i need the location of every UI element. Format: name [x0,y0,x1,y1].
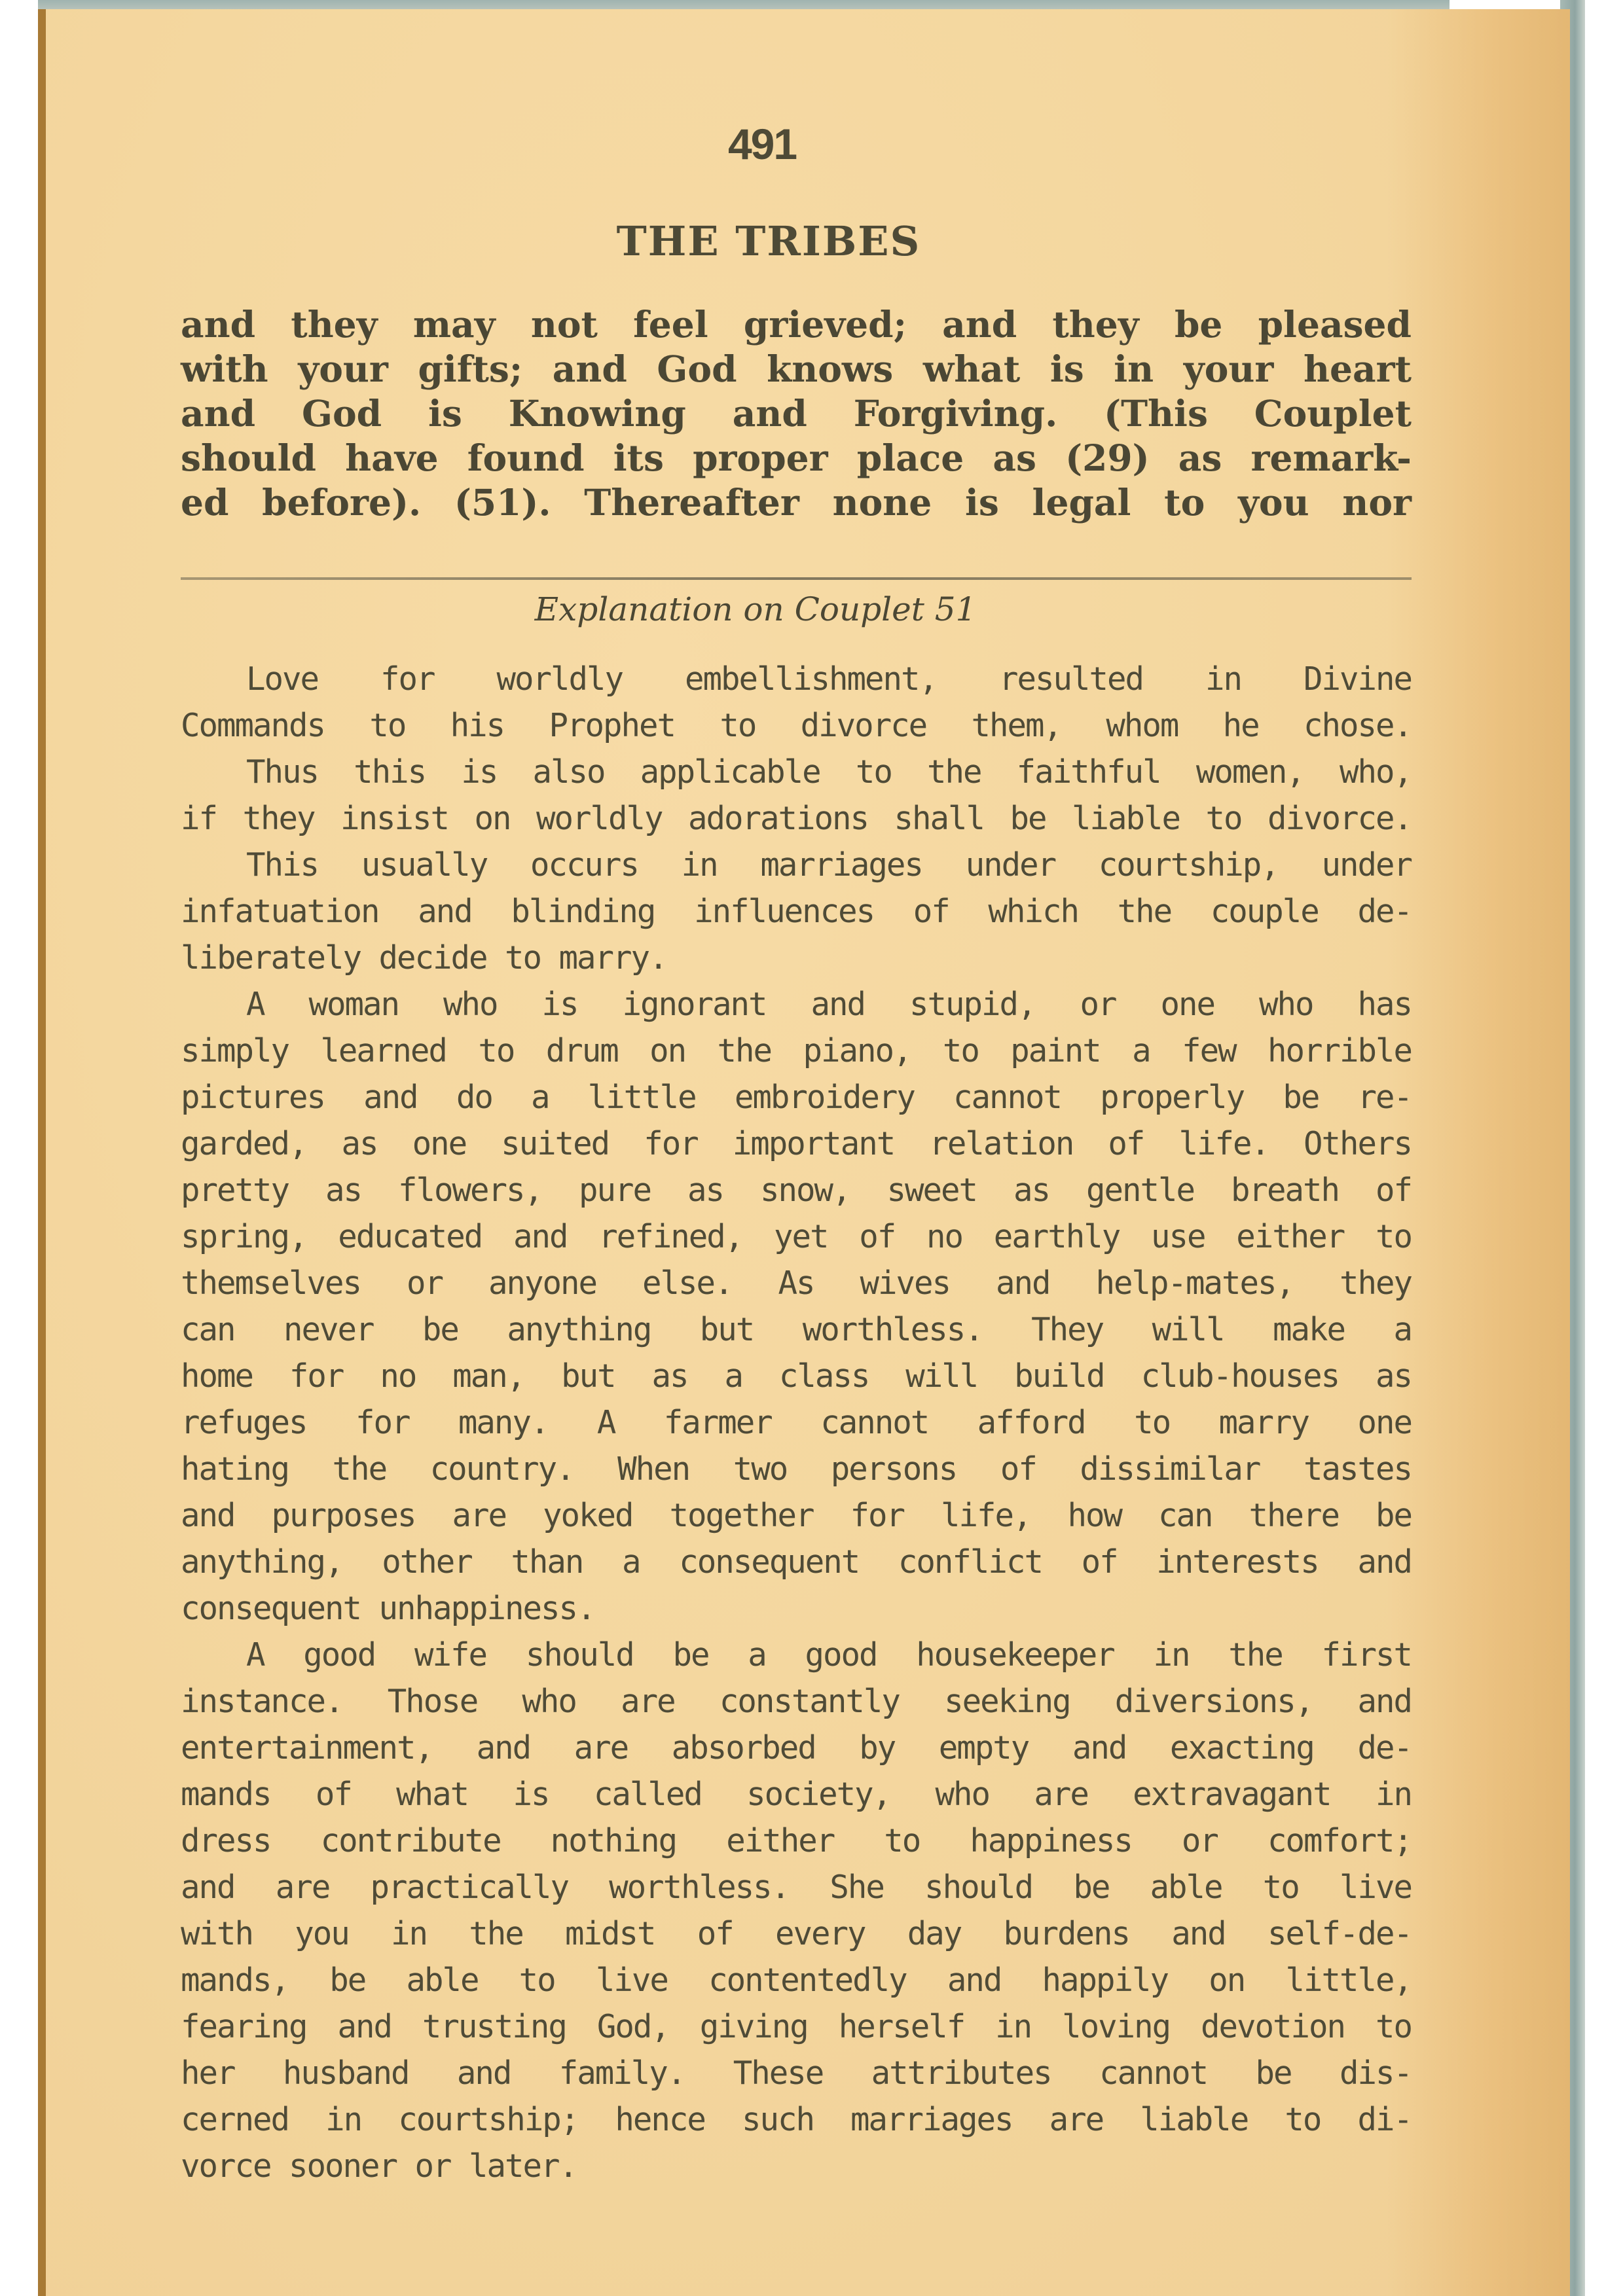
paragraph-line: mands of what is called society, who are… [181,1771,1412,1818]
verse-line: with your gifts; and God knows what is i… [181,347,1412,391]
paragraph-line: anything, other than a consequent confli… [181,1539,1412,1585]
paragraph-line: fearing and trusting God, giving herself… [181,2003,1412,2050]
paragraph-line: refuges for many. A farmer cannot afford… [181,1399,1412,1446]
paragraph-line: consequent unhappiness. [181,1585,1412,1632]
verse-line: and God is Knowing and Forgiving. (This … [181,391,1412,436]
paragraph-line: garded, as one suited for important rela… [181,1121,1412,1167]
paragraph-line: mands, be able to live contentedly and h… [181,1957,1412,2003]
paragraph-line: Commands to his Prophet to divorce them,… [181,702,1412,749]
paragraph-line: hating the country. When two persons of … [181,1446,1412,1492]
paragraph-line: entertainment, and are absorbed by empty… [181,1725,1412,1771]
paragraph-line: dress contribute nothing either to happi… [181,1818,1412,1864]
section-divider [181,577,1412,580]
paragraph-line: A woman who is ignorant and stupid, or o… [181,981,1412,1028]
page-number: 491 [46,119,1570,169]
verse-line: ed before). (51). Thereafter none is leg… [181,480,1412,525]
paragraph-line: liberately decide to marry. [181,935,1412,981]
verse-text: and they may not feel grieved; and they … [181,302,1412,525]
paragraph-line: infatuation and blinding influences of w… [181,888,1412,935]
paragraph-line: simply learned to drum on the piano, to … [181,1028,1412,1074]
paragraph-line: with you in the midst of every day burde… [181,1910,1412,1957]
paragraph-line: home for no man, but as a class will bui… [181,1353,1412,1399]
paragraph-line: A good wife should be a good housekeeper… [181,1632,1412,1678]
paragraph-line: and purposes are yoked together for life… [181,1492,1412,1539]
book-page: 491 THE TRIBES and they may not feel gri… [38,9,1570,2296]
chapter-title: THE TRIBES [46,217,1570,265]
paragraph-line: cerned in courtship; hence such marriage… [181,2096,1412,2143]
paragraph-line: her husband and family. These attributes… [181,2050,1412,2096]
paragraph-line: instance. Those who are constantly seeki… [181,1678,1412,1725]
paragraph-line: if they insist on worldly adorations sha… [181,795,1412,842]
paragraph-line: and are practically worthless. She shoul… [181,1864,1412,1910]
paragraph-line: pretty as flowers, pure as snow, sweet a… [181,1167,1412,1213]
verse-line: and they may not feel grieved; and they … [181,302,1412,347]
paragraph-line: This usually occurs in marriages under c… [181,842,1412,888]
explanation-heading: Explanation on Couplet 51 [46,590,1570,628]
paragraph-line: pictures and do a little embroidery cann… [181,1074,1412,1121]
explanation-body: Love for worldly embellishment, resulted… [181,656,1412,2189]
verse-line: should have found its proper place as (2… [181,436,1412,480]
paragraph-line: Love for worldly embellishment, resulted… [181,656,1412,702]
paragraph-line: spring, educated and refined, yet of no … [181,1213,1412,1260]
paragraph-line: Thus this is also applicable to the fait… [181,749,1412,795]
paragraph-line: themselves or anyone else. As wives and … [181,1260,1412,1306]
paragraph-line: can never be anything but worthless. The… [181,1306,1412,1353]
paragraph-line: vorce sooner or later. [181,2143,1412,2189]
